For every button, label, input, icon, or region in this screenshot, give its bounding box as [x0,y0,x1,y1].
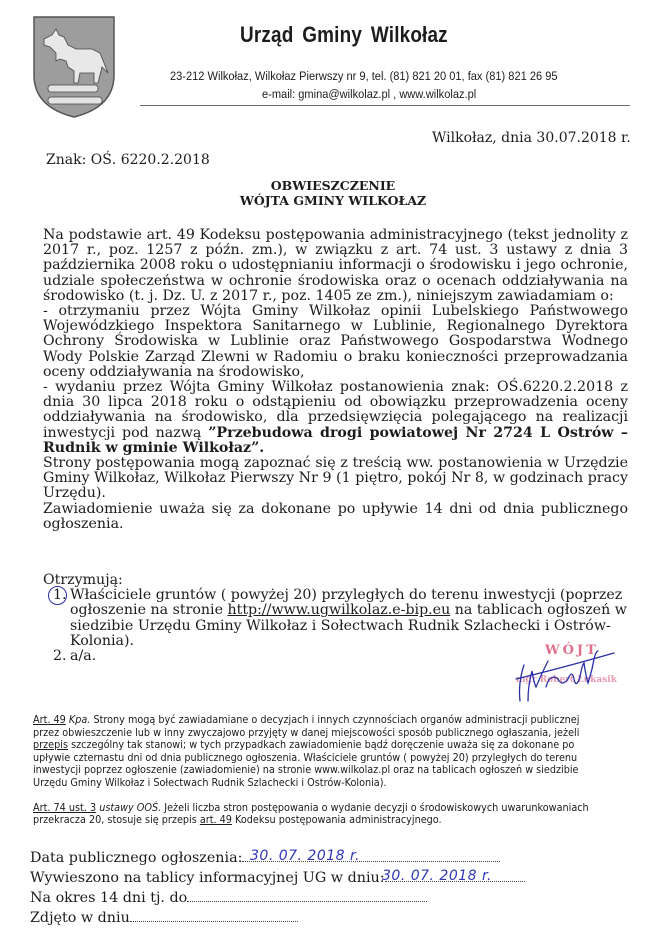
list-number: 1. [53,588,67,603]
document-subtitle: WÓJTA GMINY WILKOŁAZ [0,193,666,208]
notice-item-opinion: - otrzymaniu przez Wójta Gminy Wilkołaz … [43,304,628,380]
art49-link: art. 49 [200,814,232,826]
handwritten-value: 30. 07. 2018 r. [382,866,492,886]
field-label: Zdjęto w dniu [30,908,130,928]
spacer [33,790,600,802]
field-removed-date: Zdjęto w dniu [30,908,650,928]
art74-reference: Art. 74 ust. 3 [33,802,96,814]
organization-name: Urząd Gminy Wilkołaz [240,22,448,48]
art49-code: Kpa. [69,714,90,726]
field-line [130,909,298,922]
signature-stamp: WÓJT mgr Robert Łukasik [498,643,648,707]
organization-address: 23-212 Wilkołaz, Wilkołaz Pierwszy nr 9,… [170,69,558,83]
intro-paragraph: Na podstawie art. 49 Kodeksu postępowani… [43,228,628,304]
notice-item-decision: - wydaniu przez Wójta Gminy Wilkołaz pos… [43,380,628,456]
inspection-paragraph: Strony postępowania mogą zapoznać się z … [43,456,628,502]
handwritten-signature-icon [498,643,648,707]
przepis-link: przepis [33,739,68,751]
reference-number: Znak: OŚ. 6220.2.2018 [46,152,210,168]
art74-code: ustawy OOŚ. [99,802,161,814]
footnote-art49: Art. 49 Kpa. Strony mogą być zawiadamian… [33,714,600,790]
art49-reference: Art. 49 [33,714,66,726]
effective-paragraph: Zawiadomienie uważa się za dokonane po u… [43,502,628,532]
field-posted-date: Wywieszono na tablicy informacyjnej UG w… [30,868,650,888]
recipient-text: a/a. [70,648,96,664]
field-label: Wywieszono na tablicy informacyjnej UG w… [30,868,385,888]
footnote-text: Strony mogą być zawiadamiane o decyzjach… [33,714,579,739]
notice-body: Na podstawie art. 49 Kodeksu postępowani… [43,228,628,532]
list-number: 2. [53,649,67,664]
place-and-date: Wilkołaz, dnia 30.07.2018 r. [432,130,631,146]
posting-record: Data publicznego ogłoszenia: 30. 07. 201… [30,848,650,928]
field-line [187,889,427,902]
field-period-until: Na okres 14 dni tj. do [30,888,650,908]
footnote-art74: Art. 74 ust. 3 ustawy OOŚ. Jeżeli liczba… [33,802,600,827]
footnote-text: Kodeksu postępowania administracyjnego. [232,814,442,826]
coat-of-arms-wolf-icon [32,15,116,119]
handwritten-value: 30. 07. 2018 r. [250,846,360,866]
field-publication-date: Data publicznego ogłoszenia: 30. 07. 201… [30,848,650,868]
legal-footnotes: Art. 49 Kpa. Strony mogą być zawiadamian… [33,714,600,827]
bip-link[interactable]: http://www.ugwilkolaz.e-bip.eu [228,602,451,618]
field-label: Na okres 14 dni tj. do [30,888,187,908]
document-title: OBWIESZCZENIE [0,178,666,193]
recipients-heading: Otrzymują: [43,573,633,588]
footnote-text: szczególny tak stanowi; w tych przypadka… [33,739,579,789]
list-item: 1. Właściciele gruntów ( powyżej 20) prz… [43,588,633,649]
organization-contact: e-mail: gmina@wilkolaz.pl , www.wilkolaz… [262,87,476,101]
letterhead-divider [140,105,630,106]
field-label: Data publicznego ogłoszenia: [30,848,242,868]
